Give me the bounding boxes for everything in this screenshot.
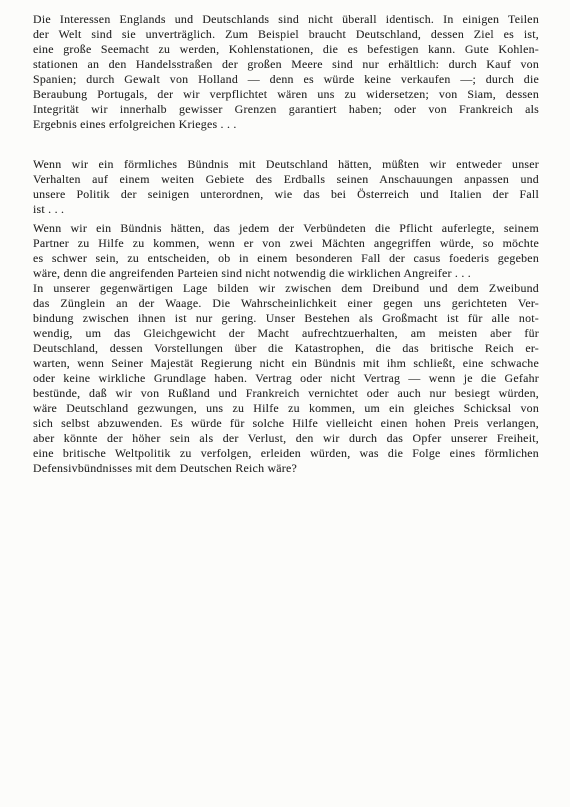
text-line: es schwer sein, zu entscheiden, ob in ei… xyxy=(33,251,539,266)
text-line: Beraubung Portugals, der wir verpflichte… xyxy=(33,87,539,102)
text-line: das Zünglein an der Waage. Die Wahrschei… xyxy=(33,296,539,311)
paragraph-2: Wenn wir ein förmliches Bündnis mit Deut… xyxy=(33,157,539,217)
paragraph-4: In unserer gegenwärtigen Lage bilden wir… xyxy=(33,281,539,476)
text-line: bindung zwischen ihnen ist nur gering. U… xyxy=(33,311,539,326)
text-block: Die Interessen Englands und Deutschlands… xyxy=(33,12,539,476)
text-line: oder keine wirkliche Grundlage haben. Ve… xyxy=(33,371,539,386)
text-line: Wenn wir ein Bündnis hätten, das jedem d… xyxy=(33,221,539,236)
paragraph-3: Wenn wir ein Bündnis hätten, das jedem d… xyxy=(33,221,539,281)
scanned-page: Die Interessen Englands und Deutschlands… xyxy=(0,0,570,807)
text-line: unsere Politik der seinigen unterordnen,… xyxy=(33,187,539,202)
text-line: warten, wenn Seiner Majestät Regierung n… xyxy=(33,356,539,371)
text-line: stationen an den Handelsstraßen der groß… xyxy=(33,57,539,72)
text-line: aber könnte der höher sein als der Verlu… xyxy=(33,431,539,446)
text-line: wäre Deutschland gezwungen, uns zu Hilfe… xyxy=(33,401,539,416)
text-line: Ergebnis eines erfolgreichen Krieges . .… xyxy=(33,117,539,132)
text-line: Wenn wir ein förmliches Bündnis mit Deut… xyxy=(33,157,539,172)
text-line: bestünde, daß wir von Rußland und Frankr… xyxy=(33,386,539,401)
text-line: Integrität wir innerhalb gewisser Grenze… xyxy=(33,102,539,117)
text-line: Defensivbündnisses mit dem Deutschen Rei… xyxy=(33,461,539,476)
text-line: Die Interessen Englands und Deutschlands… xyxy=(33,12,539,27)
text-line: Spanien; durch Gewalt von Holland — denn… xyxy=(33,72,539,87)
text-line: eine große Seemacht zu werden, Kohlensta… xyxy=(33,42,539,57)
text-line: Verhalten auf einem weiten Gebiete des E… xyxy=(33,172,539,187)
paragraph-1: Die Interessen Englands und Deutschlands… xyxy=(33,12,539,132)
text-line: eine britische Weltpolitik zu verfolgen,… xyxy=(33,446,539,461)
text-line: Partner zu Hilfe zu kommen, wenn er von … xyxy=(33,236,539,251)
text-line: der Welt sind sie unverträglich. Zum Bei… xyxy=(33,27,539,42)
text-line: Deutschland, dessen Vorstellungen über d… xyxy=(33,341,539,356)
text-line: In unserer gegenwärtigen Lage bilden wir… xyxy=(33,281,539,296)
text-line: sich selbst abzuwenden. Es würde für sol… xyxy=(33,416,539,431)
text-line: wäre, denn die angreifenden Parteien sin… xyxy=(33,266,539,281)
text-line: wendig, um das Gleichgewicht der Macht a… xyxy=(33,326,539,341)
text-line: ist . . . xyxy=(33,202,539,217)
